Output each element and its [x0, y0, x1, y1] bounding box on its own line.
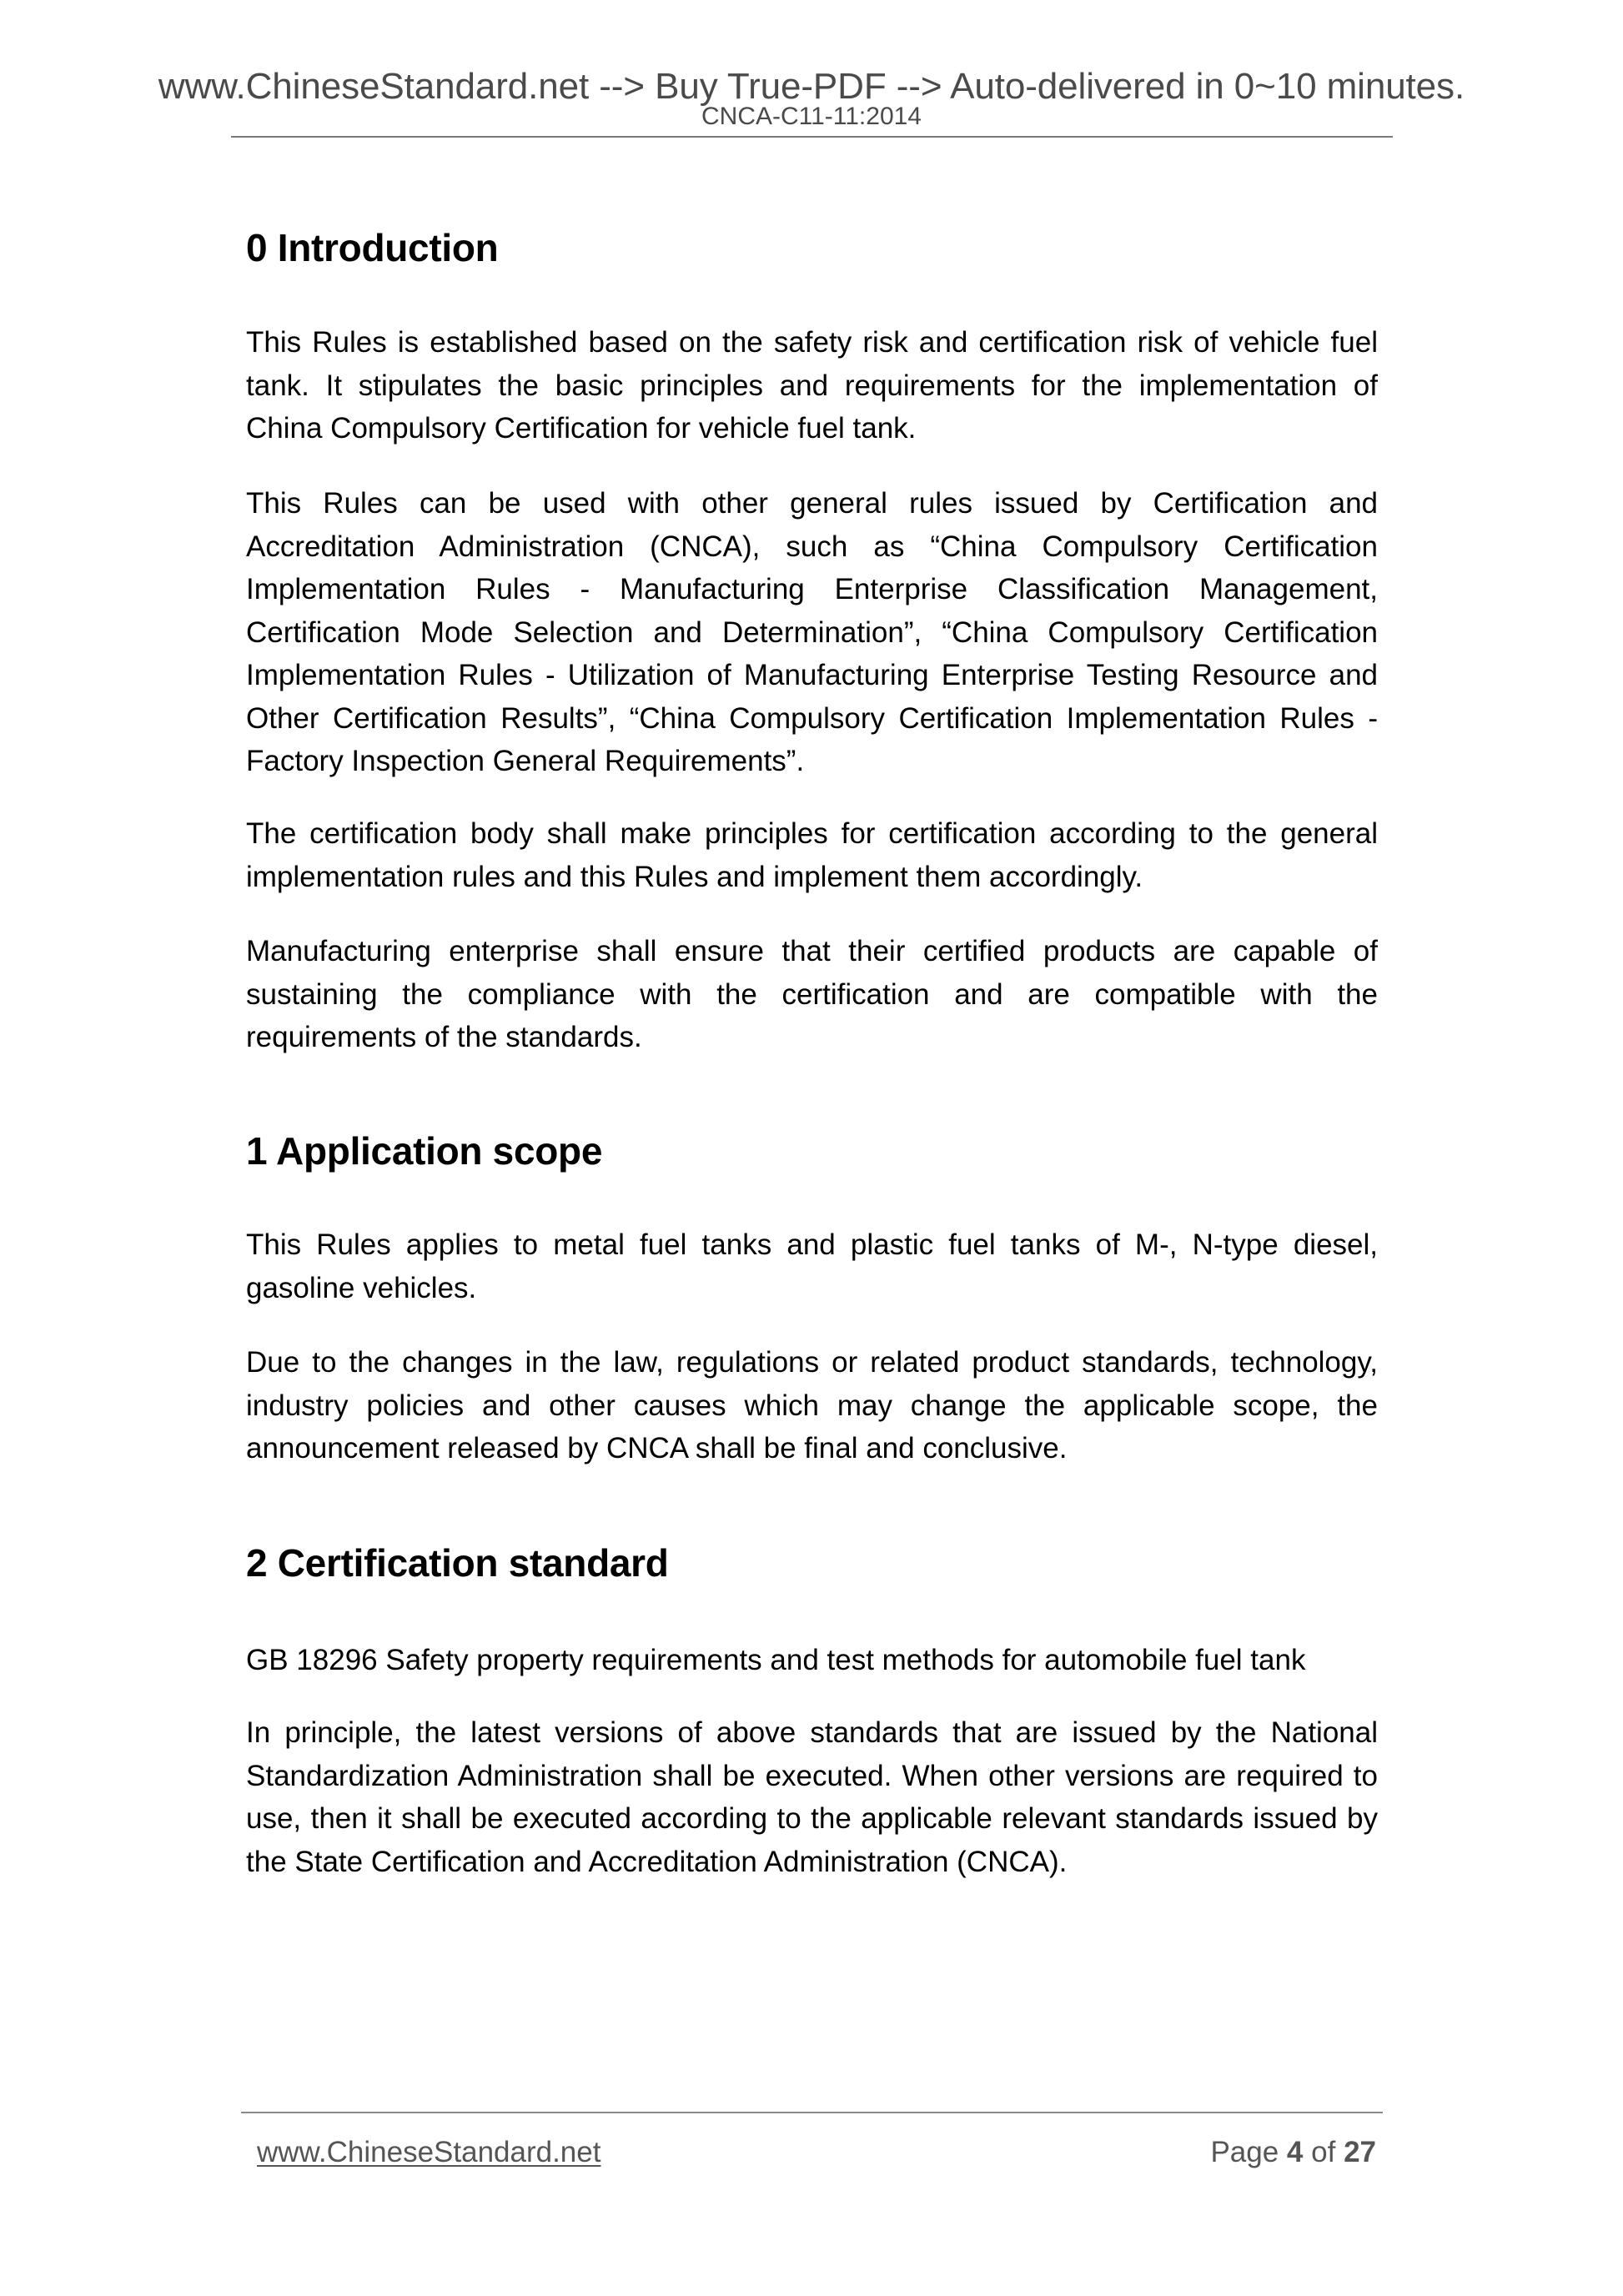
text-line: This Rules can be used with other genera… [246, 482, 1378, 525]
text-line: industry policies and other causes which… [246, 1384, 1378, 1428]
page-label: Page [1210, 2136, 1279, 2168]
footer-website-link[interactable]: www.ChineseStandard.net [257, 2131, 600, 2174]
paragraph: GB 18296 Safety property requirements an… [246, 1639, 1378, 1682]
paragraph: This Rules is established based on the s… [246, 321, 1378, 450]
text-line: Due to the changes in the law, regulatio… [246, 1341, 1378, 1384]
text-line: Implementation Rules - Utilization of Ma… [246, 654, 1378, 697]
text-line: announcement released by CNCA shall be f… [246, 1427, 1378, 1470]
header-document-number: CNCA-C11-11:2014 [0, 102, 1623, 132]
paragraph: Due to the changes in the law, regulatio… [246, 1341, 1378, 1470]
text-line: China Compulsory Certification for vehic… [246, 407, 1378, 450]
text-line: tank. It stipulates the basic principles… [246, 364, 1378, 408]
section-heading-application-scope: 1 Application scope [246, 1132, 602, 1170]
text-line: Accreditation Administration (CNCA), suc… [246, 525, 1378, 569]
text-line: use, then it shall be executed according… [246, 1797, 1378, 1841]
text-line: This Rules is established based on the s… [246, 321, 1378, 364]
text-line: This Rules applies to metal fuel tanks a… [246, 1223, 1378, 1267]
paragraph: Manufacturing enterprise shall ensure th… [246, 930, 1378, 1059]
text-line: Standardization Administration shall be … [246, 1755, 1378, 1798]
text-line: Certification Mode Selection and Determi… [246, 611, 1378, 655]
paragraph: This Rules can be used with other genera… [246, 482, 1378, 783]
text-line: In principle, the latest versions of abo… [246, 1711, 1378, 1755]
text-line: gasoline vehicles. [246, 1267, 1378, 1310]
text-line: implementation rules and this Rules and … [246, 856, 1378, 899]
text-line: GB 18296 Safety property requirements an… [246, 1639, 1378, 1682]
text-line: Factory Inspection General Requirements”… [246, 740, 1378, 783]
current-page-number: 4 [1287, 2136, 1303, 2168]
section-heading-certification-standard: 2 Certification standard [246, 1544, 669, 1582]
text-line: requirements of the standards. [246, 1016, 1378, 1059]
text-line: Manufacturing enterprise shall ensure th… [246, 930, 1378, 973]
text-line: Implementation Rules - Manufacturing Ent… [246, 568, 1378, 611]
section-heading-introduction: 0 Introduction [246, 229, 498, 267]
page-number-indicator: Page 4 of 27 [1210, 2131, 1376, 2174]
total-page-count: 27 [1344, 2136, 1376, 2168]
paragraph: The certification body shall make princi… [246, 812, 1378, 898]
text-line: sustaining the compliance with the certi… [246, 973, 1378, 1017]
text-line: the State Certification and Accreditatio… [246, 1841, 1378, 1884]
header-divider [231, 136, 1393, 138]
text-line: Other Certification Results”, “China Com… [246, 697, 1378, 741]
paragraph: In principle, the latest versions of abo… [246, 1711, 1378, 1883]
document-page: www.ChineseStandard.net --> Buy True-PDF… [0, 0, 1623, 2296]
page-of-label: of [1311, 2136, 1335, 2168]
text-line: The certification body shall make princi… [246, 812, 1378, 856]
paragraph: This Rules applies to metal fuel tanks a… [246, 1223, 1378, 1309]
footer-divider [241, 2112, 1383, 2113]
